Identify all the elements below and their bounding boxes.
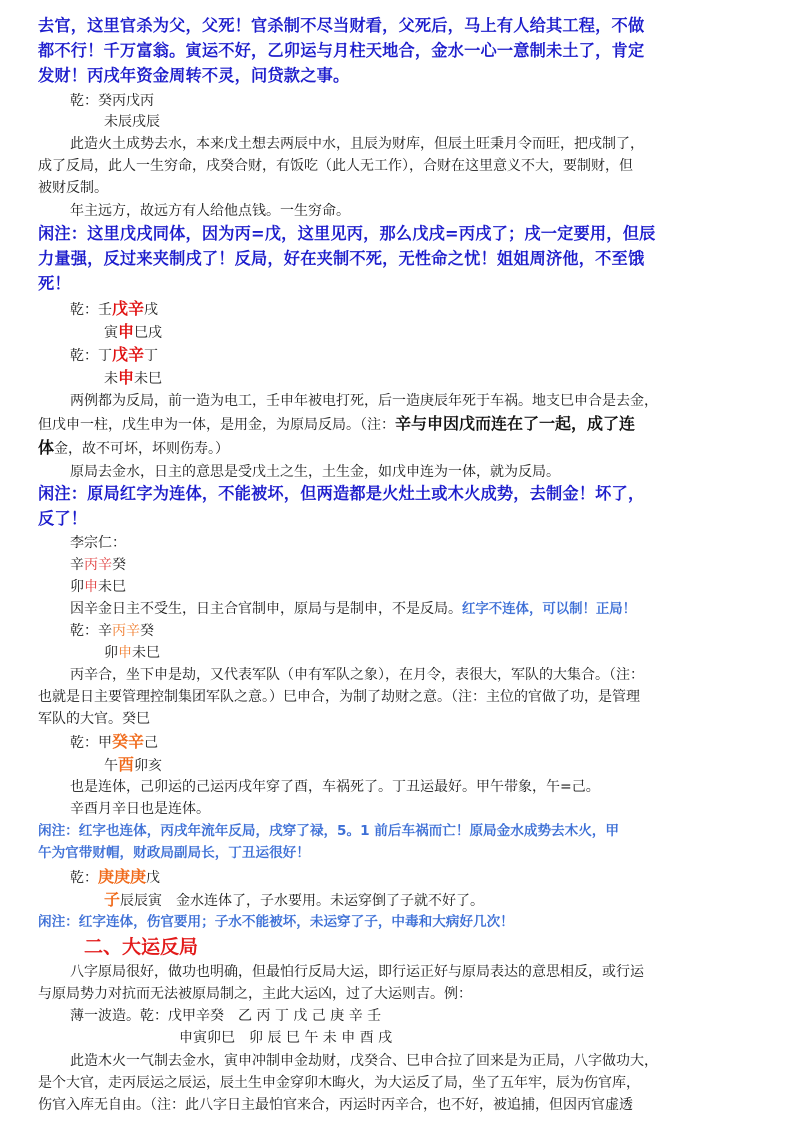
note-paragraph: 闲注：红字也连体，丙戌年流年反局，戌穿了禄，5。1 前后车祸而亡！原局金水成势去… <box>38 821 619 841</box>
body-paragraph: 但戊申一柱，戊生申为一体，是用金，为原局反局。（注：辛与申因戊而连在了一起，成了… <box>38 414 635 435</box>
note-inline: 红字不连体，可以制！正局！ <box>462 602 636 617</box>
highlight-orange: 申 <box>118 645 132 661</box>
chart-text: 未 <box>104 371 118 387</box>
highlight-red: 申 <box>118 368 134 387</box>
section-heading: 二、大运反局 <box>84 934 198 960</box>
chart-text: 己 <box>144 735 158 751</box>
bazi-example-row: 申寅卯巳卯 辰 巳 午 未 申 酉 戌 <box>179 1028 392 1048</box>
bazi-chart-row: 乾：丁戊辛丁 <box>70 345 158 366</box>
note-paragraph: 午为官带财帽，财政局副局长，丁丑运很好！ <box>38 843 310 863</box>
bazi-chart-row: 未申未巳 <box>104 368 162 389</box>
body-text: 但戊申一柱，戊生申为一体，是用金，为原局反局。（注： <box>38 417 395 433</box>
highlight-orange: 癸辛 <box>112 732 144 751</box>
body-paragraph: 被财反制。 <box>38 178 108 198</box>
body-paragraph: 八字原局很好，做功也明确，但最怕行反局大运，即行运正好与原局表达的意思相反，或行… <box>70 962 644 982</box>
bazi-chart-row: 午酉卯亥 <box>104 755 162 776</box>
highlight-orange: 丙辛 <box>112 623 140 639</box>
bazi-chart-row: 乾：壬戊辛戌 <box>70 299 158 320</box>
highlight-red: 戊辛 <box>112 345 144 364</box>
chart-text: 未巳 <box>132 645 160 661</box>
chart-text: 乾：辛 <box>70 623 112 639</box>
chart-text: 卯 <box>70 579 84 595</box>
chart-text: 乾：丁 <box>70 348 112 364</box>
note-paragraph: 都不行！千万富翁。寅运不好，乙卯运与月柱天地合，金水一心一意制未土了，肯定 <box>38 39 644 63</box>
chart-text: 乾：甲 <box>70 735 112 751</box>
note-paragraph: 发财！丙戌年资金周转不灵，问贷款之事。 <box>38 64 349 88</box>
body-paragraph: 伤官入库无自由。（注：此八字日主最怕官来合，丙运时丙辛合，也不好，被追捕，但因丙… <box>38 1095 633 1115</box>
emphasis-bold: 辛与申因戊而连在了一起，成了连 <box>395 414 635 433</box>
highlight-red: 丙辛 <box>84 557 112 573</box>
chart-text: 癸 <box>140 623 154 639</box>
body-paragraph: 因辛金日主不受生，日主合官制申，原局与是制申，不是反局。红字不连体，可以制！正局… <box>70 599 636 620</box>
highlight-red: 戊辛 <box>112 299 144 318</box>
bazi-branches: 申寅卯巳 <box>179 1030 235 1046</box>
highlight-red: 申 <box>84 579 98 595</box>
body-paragraph: 体金，故不可坏，坏则伤寿。） <box>38 438 229 459</box>
chart-name: 李宗仁： <box>70 533 126 553</box>
note-paragraph: 去官，这里官杀为父，父死！官杀制不尽当财看，父死后，马上有人给其工程，不做 <box>38 14 644 38</box>
bazi-chart-row: 乾：癸丙戊丙 <box>70 91 154 111</box>
chart-text: 卯 <box>104 645 118 661</box>
chart-text: 辛 <box>70 557 84 573</box>
highlight-red: 申 <box>118 322 134 341</box>
body-paragraph: 此造木火一气制去金水，寅申冲制申金劫财，戊癸合、巳申合拉了回来是为正局，八字做功… <box>70 1051 658 1071</box>
body-paragraph: 也是连体，己卯运的己运丙戌年穿了酉，车祸死了。丁丑运最好。甲午带象，午=己。 <box>70 777 600 797</box>
chart-text: 戊 <box>146 870 160 886</box>
note-paragraph: 死！ <box>38 272 71 296</box>
chart-text: 辰辰寅 <box>120 893 162 909</box>
bazi-chart-row: 卯申未巳 <box>70 577 126 597</box>
body-paragraph: 与原局势力对抗而无法被原局制之，主此大运凶，过了大运则吉。例： <box>38 984 472 1004</box>
chart-text: 午 <box>104 758 118 774</box>
chart-text: 丁 <box>144 348 158 364</box>
bazi-chart-row: 子辰辰寅金水连体了，子水要用。未运穿倒了子就不好了。 <box>104 890 484 911</box>
chart-text: 乾： <box>70 870 98 886</box>
body-text: 因辛金日主不受生，日主合官制申，原局与是制申，不是反局。 <box>70 601 462 617</box>
chart-text: 巳戌 <box>134 325 162 341</box>
highlight-orange: 子 <box>104 890 120 909</box>
bazi-chart-row: 乾：甲癸辛己 <box>70 732 158 753</box>
note-paragraph: 力量强，反过来夹制戌了！反局，好在夹制不死，无性命之忧！姐姐周济他，不至饿 <box>38 247 644 271</box>
body-paragraph: 也就是日主要管理控制集团军队之意。）巳申合，为制了劫财之意。（注：主位的官做了功… <box>38 687 640 707</box>
body-paragraph: 此造火土成势去水，本来戊土想去两辰中水，且辰为财库，但辰土旺秉月令而旺，把戌制了… <box>70 134 644 154</box>
body-paragraph: 两例都为反局，前一造为电工，壬申年被电打死，后一造庚辰年死于车祸。地支巳申合是去… <box>70 391 658 411</box>
bazi-chart-row: 卯申未巳 <box>104 643 160 663</box>
body-paragraph: 军队的大官。癸巳 <box>38 709 150 729</box>
dayun-branches: 卯 辰 巳 午 未 申 酉 戌 <box>249 1030 392 1046</box>
chart-text: 寅 <box>104 325 118 341</box>
bazi-chart-row: 辛丙辛癸 <box>70 555 126 575</box>
bazi-chart-row: 未辰戌辰 <box>104 112 160 132</box>
body-paragraph: 原局去金水，日主的意思是受戊土之生，土生金，如戊申连为一体，就为反局。 <box>70 462 560 482</box>
example-label: 薄一波造。乾： <box>70 1008 168 1024</box>
body-paragraph: 辛酉月辛日也是连体。 <box>70 799 210 819</box>
chart-text: 戌 <box>144 302 158 318</box>
chart-text: 未巳 <box>134 371 162 387</box>
chart-text: 未巳 <box>98 579 126 595</box>
note-paragraph: 闲注：这里戊戌同体，因为丙=戊，这里见丙，那么戊戌=丙戌了；戌一定要用，但辰 <box>38 222 655 246</box>
highlight-orange: 庚庚庚 <box>98 867 146 886</box>
body-paragraph: 年主远方，故远方有人给他点钱。一生穷命。 <box>70 201 350 221</box>
bazi-example-row: 薄一波造。乾：戊甲辛癸乙 丙 丁 戊 己 庚 辛 壬 <box>70 1006 381 1026</box>
body-paragraph: 丙辛合，坐下申是劫，又代表军队（申有军队之象），在月令，表很大，军队的大集合。（… <box>70 665 644 685</box>
body-paragraph: 是个大官，走丙辰运之辰运，辰土生申金穿卯木晦火，为大运反了局，坐了五年牢，辰为伤… <box>38 1073 640 1093</box>
bazi-chart-row: 寅申巳戌 <box>104 322 162 343</box>
body-text: 金水连体了，子水要用。未运穿倒了子就不好了。 <box>176 893 484 909</box>
body-text: 金，故不可坏，坏则伤寿。） <box>54 441 229 457</box>
bazi-stems: 戊甲辛癸 <box>168 1008 224 1024</box>
highlight-orange: 酉 <box>118 755 134 774</box>
chart-text: 乾：壬 <box>70 302 112 318</box>
chart-text: 卯亥 <box>134 758 162 774</box>
note-paragraph: 闲注：红字连体，伤官要用；子水不能被坏，未运穿了子，中毒和大病好几次！ <box>38 912 514 932</box>
body-paragraph: 成了反局，此人一生穷命，戌癸合财，有饭吃（此人无工作），合财在这里意义不大，要制… <box>38 156 633 176</box>
dayun-stems: 乙 丙 丁 戊 己 庚 辛 壬 <box>238 1008 381 1024</box>
emphasis-bold: 体 <box>38 438 54 457</box>
bazi-chart-row: 乾：辛丙辛癸 <box>70 621 154 641</box>
note-paragraph: 反了！ <box>38 507 87 531</box>
note-paragraph: 闲注：原局红字为连体，不能被坏，但两造都是火灶土或木火成势，去制金！坏了， <box>38 482 644 506</box>
chart-text: 癸 <box>112 557 126 573</box>
bazi-chart-row: 乾：庚庚庚戊 <box>70 867 160 888</box>
